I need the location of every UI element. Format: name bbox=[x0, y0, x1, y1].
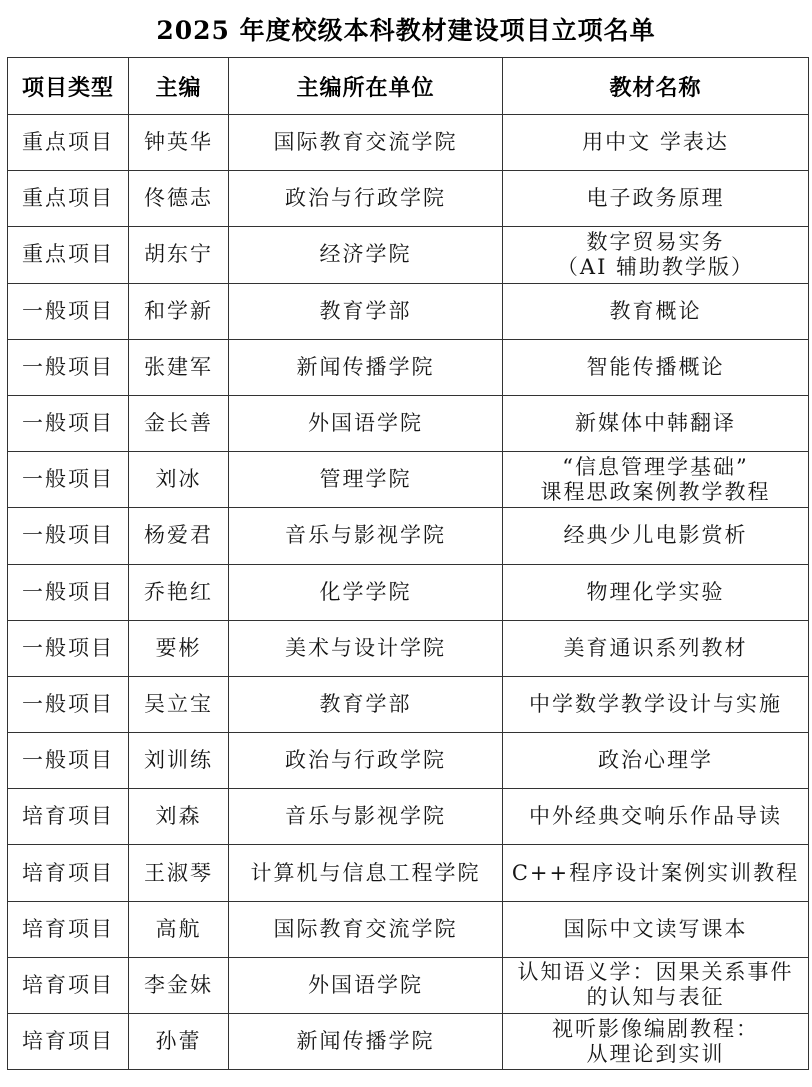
cell-chief-editor: 刘森 bbox=[129, 789, 229, 845]
cell-editor-unit: 新闻传播学院 bbox=[229, 1014, 503, 1070]
table-row: 一般项目 金长善 外国语学院 新媒体中韩翻译 bbox=[8, 395, 809, 451]
textbook-line: 新媒体中韩翻译 bbox=[505, 411, 806, 436]
cell-editor-unit: 管理学院 bbox=[229, 452, 503, 508]
cell-chief-editor: 刘冰 bbox=[129, 452, 229, 508]
column-header-project-type: 项目类型 bbox=[8, 58, 129, 115]
table-row: 一般项目 乔艳红 化学学院 物理化学实验 bbox=[8, 564, 809, 620]
table-row: 培育项目 李金妹 外国语学院 认知语义学：因果关系事件 的认知与表征 bbox=[8, 957, 809, 1013]
cell-textbook-name: 认知语义学：因果关系事件 的认知与表征 bbox=[503, 957, 809, 1013]
textbook-line: “信息管理学基础” bbox=[505, 455, 806, 480]
table-row: 重点项目 佟德志 政治与行政学院 电子政务原理 bbox=[8, 171, 809, 227]
cell-project-type: 一般项目 bbox=[8, 339, 129, 395]
cell-chief-editor: 和学新 bbox=[129, 283, 229, 339]
textbook-line: 物理化学实验 bbox=[505, 580, 806, 605]
cell-project-type: 一般项目 bbox=[8, 508, 129, 564]
cell-project-type: 一般项目 bbox=[8, 676, 129, 732]
cell-chief-editor: 佟德志 bbox=[129, 171, 229, 227]
cell-textbook-name: 中外经典交响乐作品导读 bbox=[503, 789, 809, 845]
cell-chief-editor: 乔艳红 bbox=[129, 564, 229, 620]
cell-project-type: 培育项目 bbox=[8, 845, 129, 901]
cell-chief-editor: 李金妹 bbox=[129, 957, 229, 1013]
cell-project-type: 重点项目 bbox=[8, 227, 129, 283]
cell-chief-editor: 张建军 bbox=[129, 339, 229, 395]
table-row: 培育项目 刘森 音乐与影视学院 中外经典交响乐作品导读 bbox=[8, 789, 809, 845]
cell-project-type: 一般项目 bbox=[8, 733, 129, 789]
cell-editor-unit: 新闻传播学院 bbox=[229, 339, 503, 395]
textbook-line: 政治心理学 bbox=[505, 748, 806, 773]
cell-chief-editor: 胡东宁 bbox=[129, 227, 229, 283]
textbook-line: 的认知与表征 bbox=[505, 985, 806, 1010]
cell-textbook-name: 政治心理学 bbox=[503, 733, 809, 789]
cell-textbook-name: 新媒体中韩翻译 bbox=[503, 395, 809, 451]
table-row: 一般项目 杨爱君 音乐与影视学院 经典少儿电影赏析 bbox=[8, 508, 809, 564]
cell-chief-editor: 孙蕾 bbox=[129, 1014, 229, 1070]
cell-project-type: 一般项目 bbox=[8, 452, 129, 508]
table-row: 培育项目 王淑琴 计算机与信息工程学院 C++程序设计案例实训教程 bbox=[8, 845, 809, 901]
cell-editor-unit: 政治与行政学院 bbox=[229, 733, 503, 789]
cell-textbook-name: 国际中文读写课本 bbox=[503, 901, 809, 957]
cell-project-type: 一般项目 bbox=[8, 620, 129, 676]
project-list-table: 项目类型 主编 主编所在单位 教材名称 重点项目 钟英华 国际教育交流学院 用中… bbox=[7, 57, 809, 1070]
cell-editor-unit: 计算机与信息工程学院 bbox=[229, 845, 503, 901]
cell-chief-editor: 金长善 bbox=[129, 395, 229, 451]
cell-chief-editor: 高航 bbox=[129, 901, 229, 957]
cell-project-type: 培育项目 bbox=[8, 957, 129, 1013]
textbook-line: 中学数学教学设计与实施 bbox=[505, 692, 806, 717]
cell-project-type: 一般项目 bbox=[8, 564, 129, 620]
cell-editor-unit: 教育学部 bbox=[229, 676, 503, 732]
cell-project-type: 一般项目 bbox=[8, 395, 129, 451]
cell-editor-unit: 音乐与影视学院 bbox=[229, 508, 503, 564]
cell-chief-editor: 吴立宝 bbox=[129, 676, 229, 732]
column-header-textbook-name: 教材名称 bbox=[503, 58, 809, 115]
cell-editor-unit: 外国语学院 bbox=[229, 957, 503, 1013]
textbook-line: 数字贸易实务 bbox=[505, 230, 806, 255]
cell-project-type: 一般项目 bbox=[8, 283, 129, 339]
cell-textbook-name: 用中文 学表达 bbox=[503, 115, 809, 171]
document-title: 2025 年度校级本科教材建设项目立项名单 bbox=[0, 14, 812, 48]
table-row: 培育项目 高航 国际教育交流学院 国际中文读写课本 bbox=[8, 901, 809, 957]
table-row: 一般项目 吴立宝 教育学部 中学数学教学设计与实施 bbox=[8, 676, 809, 732]
cell-project-type: 重点项目 bbox=[8, 171, 129, 227]
cell-textbook-name: 电子政务原理 bbox=[503, 171, 809, 227]
textbook-line: 认知语义学：因果关系事件 bbox=[505, 960, 806, 985]
cell-chief-editor: 杨爱君 bbox=[129, 508, 229, 564]
cell-textbook-name: 中学数学教学设计与实施 bbox=[503, 676, 809, 732]
cell-editor-unit: 国际教育交流学院 bbox=[229, 901, 503, 957]
table-row: 培育项目 孙蕾 新闻传播学院 视听影像编剧教程： 从理论到实训 bbox=[8, 1014, 809, 1070]
cell-chief-editor: 王淑琴 bbox=[129, 845, 229, 901]
textbook-line: 教育概论 bbox=[505, 299, 806, 324]
table-row: 一般项目 和学新 教育学部 教育概论 bbox=[8, 283, 809, 339]
cell-textbook-name: 物理化学实验 bbox=[503, 564, 809, 620]
cell-textbook-name: 教育概论 bbox=[503, 283, 809, 339]
cell-project-type: 重点项目 bbox=[8, 115, 129, 171]
cell-editor-unit: 外国语学院 bbox=[229, 395, 503, 451]
textbook-line: 电子政务原理 bbox=[505, 186, 806, 211]
textbook-line: C++程序设计案例实训教程 bbox=[505, 861, 806, 886]
cell-editor-unit: 音乐与影视学院 bbox=[229, 789, 503, 845]
cell-editor-unit: 国际教育交流学院 bbox=[229, 115, 503, 171]
column-header-editor-unit: 主编所在单位 bbox=[229, 58, 503, 115]
cell-textbook-name: 经典少儿电影赏析 bbox=[503, 508, 809, 564]
textbook-line: 经典少儿电影赏析 bbox=[505, 523, 806, 548]
table-row: 一般项目 要彬 美术与设计学院 美育通识系列教材 bbox=[8, 620, 809, 676]
cell-chief-editor: 钟英华 bbox=[129, 115, 229, 171]
cell-textbook-name: C++程序设计案例实训教程 bbox=[503, 845, 809, 901]
textbook-line: 用中文 学表达 bbox=[505, 130, 806, 155]
column-header-chief-editor: 主编 bbox=[129, 58, 229, 115]
textbook-line: 智能传播概论 bbox=[505, 355, 806, 380]
cell-textbook-name: 美育通识系列教材 bbox=[503, 620, 809, 676]
table-row: 一般项目 刘训练 政治与行政学院 政治心理学 bbox=[8, 733, 809, 789]
textbook-line: 课程思政案例教学教程 bbox=[505, 480, 806, 505]
cell-project-type: 培育项目 bbox=[8, 789, 129, 845]
textbook-line: （AI 辅助教学版） bbox=[505, 255, 806, 280]
cell-editor-unit: 教育学部 bbox=[229, 283, 503, 339]
cell-chief-editor: 要彬 bbox=[129, 620, 229, 676]
textbook-line: 国际中文读写课本 bbox=[505, 917, 806, 942]
cell-editor-unit: 化学学院 bbox=[229, 564, 503, 620]
table-row: 一般项目 刘冰 管理学院 “信息管理学基础” 课程思政案例教学教程 bbox=[8, 452, 809, 508]
cell-chief-editor: 刘训练 bbox=[129, 733, 229, 789]
cell-editor-unit: 经济学院 bbox=[229, 227, 503, 283]
textbook-line: 美育通识系列教材 bbox=[505, 636, 806, 661]
cell-project-type: 培育项目 bbox=[8, 1014, 129, 1070]
table-row: 一般项目 张建军 新闻传播学院 智能传播概论 bbox=[8, 339, 809, 395]
textbook-line: 中外经典交响乐作品导读 bbox=[505, 804, 806, 829]
cell-textbook-name: “信息管理学基础” 课程思政案例教学教程 bbox=[503, 452, 809, 508]
cell-textbook-name: 数字贸易实务 （AI 辅助教学版） bbox=[503, 227, 809, 283]
cell-textbook-name: 智能传播概论 bbox=[503, 339, 809, 395]
textbook-line: 从理论到实训 bbox=[505, 1042, 806, 1067]
table-row: 重点项目 钟英华 国际教育交流学院 用中文 学表达 bbox=[8, 115, 809, 171]
cell-editor-unit: 美术与设计学院 bbox=[229, 620, 503, 676]
textbook-line: 视听影像编剧教程： bbox=[505, 1017, 806, 1042]
cell-project-type: 培育项目 bbox=[8, 901, 129, 957]
cell-editor-unit: 政治与行政学院 bbox=[229, 171, 503, 227]
table-header-row: 项目类型 主编 主编所在单位 教材名称 bbox=[8, 58, 809, 115]
table-row: 重点项目 胡东宁 经济学院 数字贸易实务 （AI 辅助教学版） bbox=[8, 227, 809, 283]
cell-textbook-name: 视听影像编剧教程： 从理论到实训 bbox=[503, 1014, 809, 1070]
